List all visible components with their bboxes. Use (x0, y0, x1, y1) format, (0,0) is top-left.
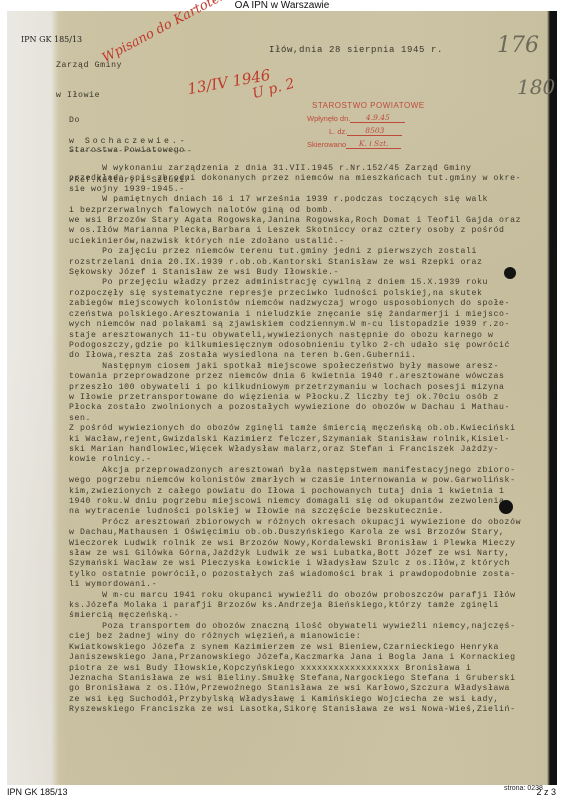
stamp-label: Skierowano (307, 140, 346, 149)
stamp-value: 8503 (347, 126, 402, 136)
body-line: W wykonaniu zarządzenia z dnia 31.VII.19… (69, 164, 549, 174)
body-line: W pamiętnych dniach 16 i 17 września 193… (69, 195, 549, 205)
body-line: li wymordowani.- (69, 580, 549, 590)
pencil-page-number: 180 (517, 75, 555, 99)
body-line: we wsi Brzozów Stary Agata Rogowska,Jani… (69, 216, 549, 226)
body-line: ski Marian handlowiec,Więcek Władysław m… (69, 445, 549, 455)
body-line: uciekinierów,nazwisk których nie zdołano… (69, 237, 549, 247)
body-line: sen. (69, 414, 549, 424)
body-line: na wytracenie ludności polskiej w Iłowie… (69, 507, 549, 517)
body-line: kim,zwiezionych z całego powiatu do Iłow… (69, 487, 549, 497)
stamp-row: Skierowano K. i Szt. (307, 139, 425, 149)
body-line: rozpoczęły się systematyczne represje pr… (69, 289, 549, 299)
body-line: piotra ze wsi Budy Iłowskie,Kopczyńskieg… (69, 664, 549, 674)
pencil-page-number: 176 (497, 33, 539, 58)
body-line: tylko ostatnie powrócił,o pozostałych za… (69, 570, 549, 580)
body-line: Kwiatkowskiego Józefa z synem Kazimierze… (69, 643, 549, 653)
body-line: przeszło 100 obywateli i po kilkudniowym… (69, 383, 549, 393)
body-line: wego pogrzebu niemców kolonistów zmarłyc… (69, 476, 549, 486)
body-line: Poza transportem do obozów znaczną ilość… (69, 622, 549, 632)
body-line: Po zajęciu przez niemców terenu tut.gmin… (69, 247, 549, 257)
body-line: Podogoszczy,gdzie po kilkumiesięcznym od… (69, 341, 549, 351)
document-date: Iłów,dnia 28 sierpnia 1945 r. (269, 45, 443, 55)
stamp-value: 4.9.45 (350, 113, 405, 123)
body-line: rozstrzelani dnia 20.IX.1939 r.ob.ob.Kan… (69, 258, 549, 268)
body-line: staje aresztowanych 11-tu obywateli,wywi… (69, 331, 549, 341)
stamp-label: Wpłynęło dn. (307, 114, 350, 123)
body-line: i bezprzerwalnych falowych nalotów giną … (69, 206, 549, 216)
recipient-rule: ------------------------- (69, 147, 192, 156)
body-line: ki Wacław,rejent,Gwizdalski Kazimierz fe… (69, 435, 549, 445)
body-line: sław ze wsi Gilówka Górna,Jażdżyk Ludwik… (69, 549, 549, 559)
body-line: towania przeprowadzone przez niemców dni… (69, 372, 549, 382)
body-line: Sękowsky Józef i Stanisław ze wsi Budy I… (69, 268, 549, 278)
stamp-row: L. dz. 8503 (329, 126, 425, 136)
body-line: kowie rolnicy.- (69, 455, 549, 465)
body-line: przedkłada spis zbrodni dokonanych przez… (69, 174, 549, 184)
body-line: w os.Iłów Marianna Plecka,Barbara i Lesz… (69, 226, 549, 236)
body-line: do Iłowa,reszta zaś została wysiedlona n… (69, 351, 549, 361)
body-line: Z pośród wywiezionych do obozów zginęli … (69, 424, 549, 434)
body-line: Płocka zostało zwolnionych a pozostałych… (69, 403, 549, 413)
body-line: Ryszewskiego Franciszka ze wsi Lasotka,S… (69, 705, 549, 715)
body-line: 1940 roku.W dniu pogrzebu miejscowi niem… (69, 497, 549, 507)
body-line: Prócz aresztowań zbiorowych w różnych ok… (69, 518, 549, 528)
recipient-line: Do (69, 116, 190, 126)
body-line: czeństwa polskiego.Aresztowania i nielud… (69, 310, 549, 320)
recipient-city: w Sochaczewie.- (69, 137, 188, 146)
body-line: ciej bez żadnej winy do różnych więzień,… (69, 632, 549, 642)
body-line: wych niemców nad polakami są zjawiskiem … (69, 320, 549, 330)
scanned-page: IPN GK 185/13 Zarząd Gminy w Iłowie Iłów… (7, 11, 557, 785)
body-line: zabiegów miejscowych kolonistów niemców … (69, 299, 549, 309)
body-line: w Dachau,Mathausen i Oświęcimiu ob.ob.Du… (69, 528, 549, 538)
stamp-value: K. i Szt. (346, 139, 401, 149)
body-line: Szymański Wacław ze wsi Pieczyska Łowick… (69, 559, 549, 569)
stamp-label: L. dz. (329, 127, 347, 136)
body-line: Janiszewskiego Jana,Przanowskiego Józefa… (69, 653, 549, 663)
stamp-title: STAROSTWO POWIATOWE (312, 101, 425, 110)
stamp-row: Wpłynęło dn. 4.9.45 (307, 113, 425, 123)
body-line: ks.Józefa Molaka i parafji Brzozów ks.An… (69, 601, 549, 611)
ink-blot (499, 500, 513, 514)
body-line: go Bronisława z os.Iłów,Przewoźnego Stan… (69, 684, 549, 694)
body-line: Akcja przeprowadzonych aresztowań była n… (69, 466, 549, 476)
body-line: w Iłowie przetransportowane do więzienia… (69, 393, 549, 403)
body-line: W m-cu marcu 1941 roku okupanci wywieźli… (69, 591, 549, 601)
letter-body: W wykonaniu zarządzenia z dnia 31.VII.19… (69, 164, 549, 716)
body-line: Wieczorek Ludwik rolnik ze wsi Brzozów N… (69, 539, 549, 549)
body-line: śmiercią męczeńską.- (69, 611, 549, 621)
archive-signature-bottom: IPN GK 185/13 (7, 787, 68, 797)
body-line: Następnym ciosem jaki spotkał miejscowe … (69, 362, 549, 372)
page-counter: 2 z 3 (536, 787, 556, 797)
body-line: sie wojny 1939-1945.- (69, 185, 549, 195)
ink-blot (504, 267, 516, 279)
office-stamp: STAROSTWO POWIATOWE Wpłynęło dn. 4.9.45 … (307, 101, 425, 149)
body-line: Po przejęciu władzy przez administrację … (69, 278, 549, 288)
body-line: ze wsi Łęg Suchodół,Przybylską Władysław… (69, 695, 549, 705)
body-line: Jeznacha Stanisława ze wsi Bieliny.Smułk… (69, 674, 549, 684)
